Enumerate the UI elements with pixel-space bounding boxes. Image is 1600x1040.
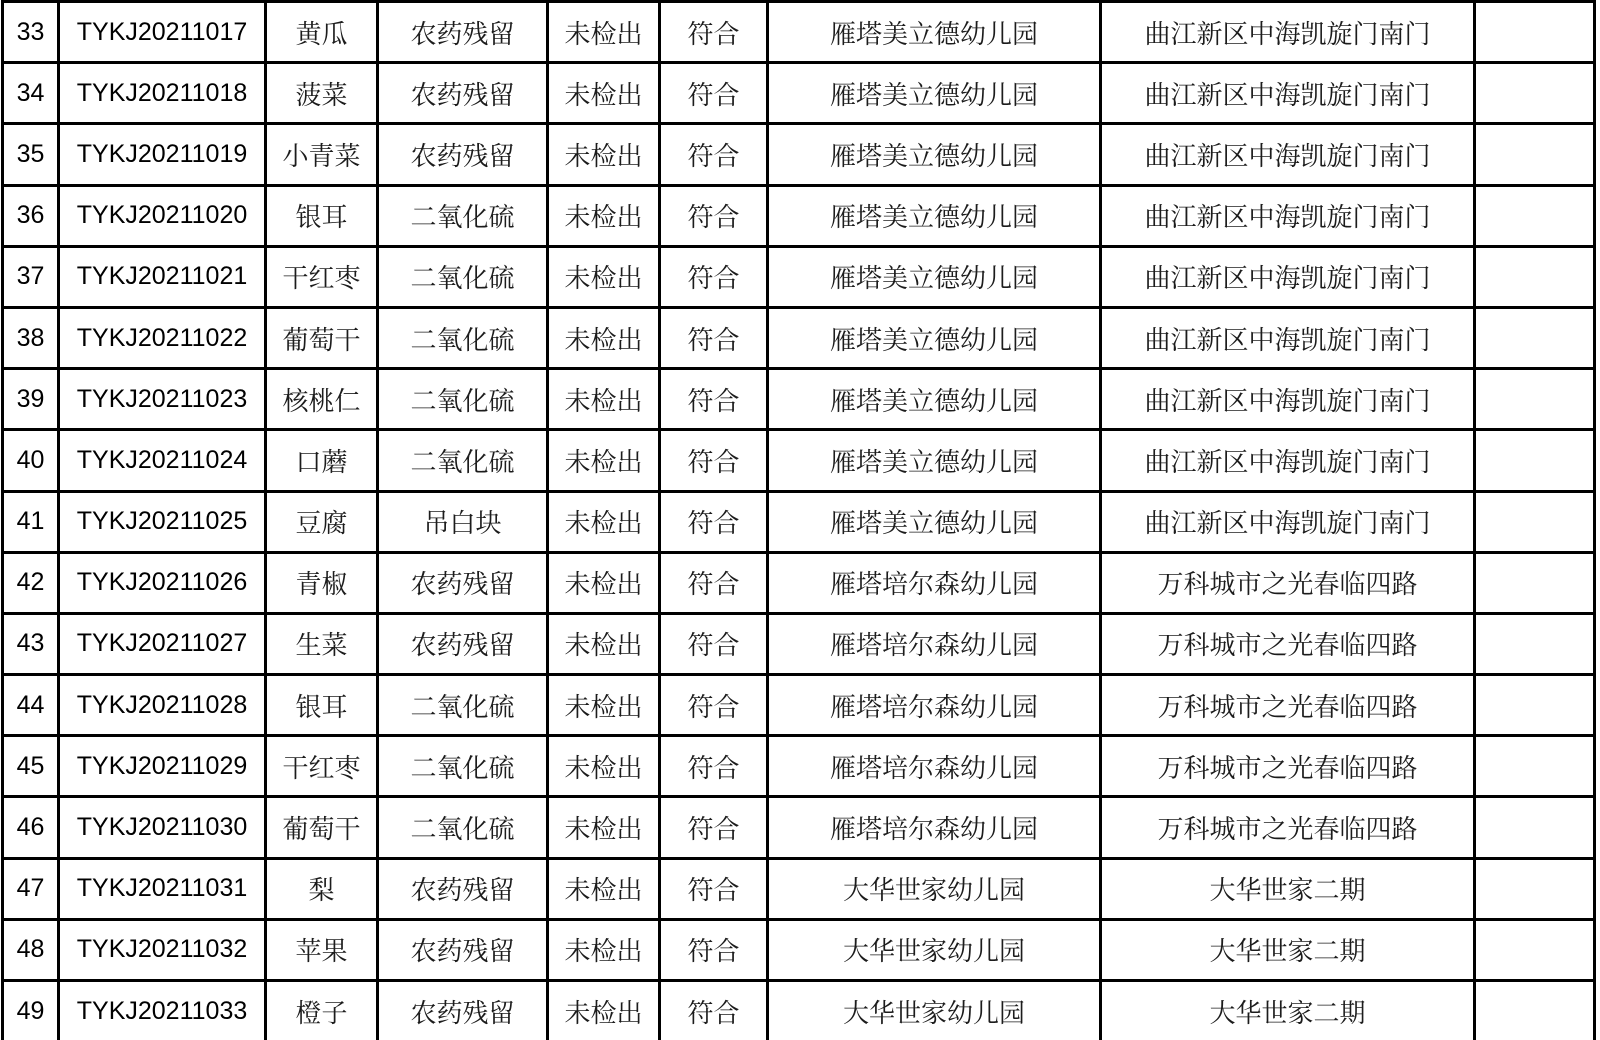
cell-test-result: 未检出 bbox=[548, 797, 660, 858]
cell-sample-name: 橙子 bbox=[266, 981, 378, 1040]
cell-serial: 47 bbox=[3, 858, 59, 919]
cell-address: 大华世家二期 bbox=[1101, 858, 1475, 919]
cell-conclusion: 符合 bbox=[660, 981, 768, 1040]
cell-sample-code: TYKJ20211022 bbox=[59, 307, 266, 368]
table-row: 41TYKJ20211025豆腐吊白块未检出符合雁塔美立德幼儿园曲江新区中海凯旋… bbox=[3, 491, 1595, 552]
cell-address: 曲江新区中海凯旋门南门 bbox=[1101, 2, 1475, 63]
cell-conclusion: 符合 bbox=[660, 675, 768, 736]
cell-remark bbox=[1475, 981, 1595, 1040]
cell-remark bbox=[1475, 919, 1595, 980]
table-row: 44TYKJ20211028银耳二氧化硫未检出符合雁塔培尔森幼儿园万科城市之光春… bbox=[3, 675, 1595, 736]
cell-test-item: 农药残留 bbox=[378, 858, 548, 919]
cell-remark bbox=[1475, 552, 1595, 613]
cell-test-result: 未检出 bbox=[548, 63, 660, 124]
cell-test-item: 二氧化硫 bbox=[378, 369, 548, 430]
cell-address: 曲江新区中海凯旋门南门 bbox=[1101, 491, 1475, 552]
cell-test-item: 农药残留 bbox=[378, 981, 548, 1040]
table-row: 34TYKJ20211018菠菜农药残留未检出符合雁塔美立德幼儿园曲江新区中海凯… bbox=[3, 63, 1595, 124]
table-row: 40TYKJ20211024口蘑二氧化硫未检出符合雁塔美立德幼儿园曲江新区中海凯… bbox=[3, 430, 1595, 491]
cell-sample-code: TYKJ20211030 bbox=[59, 797, 266, 858]
cell-sample-name: 葡萄干 bbox=[266, 307, 378, 368]
cell-test-item: 二氧化硫 bbox=[378, 675, 548, 736]
cell-serial: 42 bbox=[3, 552, 59, 613]
cell-remark bbox=[1475, 369, 1595, 430]
cell-test-item: 二氧化硫 bbox=[378, 307, 548, 368]
cell-remark bbox=[1475, 2, 1595, 63]
cell-serial: 41 bbox=[3, 491, 59, 552]
cell-test-item: 农药残留 bbox=[378, 552, 548, 613]
cell-conclusion: 符合 bbox=[660, 919, 768, 980]
cell-sample-name: 核桃仁 bbox=[266, 369, 378, 430]
cell-sample-name: 苹果 bbox=[266, 919, 378, 980]
cell-test-result: 未检出 bbox=[548, 124, 660, 185]
cell-address: 曲江新区中海凯旋门南门 bbox=[1101, 124, 1475, 185]
cell-serial: 49 bbox=[3, 981, 59, 1040]
cell-remark bbox=[1475, 675, 1595, 736]
cell-sample-code: TYKJ20211024 bbox=[59, 430, 266, 491]
cell-sampled-unit: 雁塔培尔森幼儿园 bbox=[768, 552, 1101, 613]
cell-test-item: 农药残留 bbox=[378, 2, 548, 63]
cell-serial: 45 bbox=[3, 736, 59, 797]
cell-sample-code: TYKJ20211018 bbox=[59, 63, 266, 124]
cell-remark bbox=[1475, 858, 1595, 919]
cell-address: 曲江新区中海凯旋门南门 bbox=[1101, 307, 1475, 368]
cell-test-result: 未检出 bbox=[548, 185, 660, 246]
cell-serial: 44 bbox=[3, 675, 59, 736]
cell-sampled-unit: 雁塔美立德幼儿园 bbox=[768, 124, 1101, 185]
cell-remark bbox=[1475, 63, 1595, 124]
cell-sampled-unit: 雁塔培尔森幼儿园 bbox=[768, 797, 1101, 858]
cell-test-item: 农药残留 bbox=[378, 919, 548, 980]
cell-sample-name: 梨 bbox=[266, 858, 378, 919]
table-row: 46TYKJ20211030葡萄干二氧化硫未检出符合雁塔培尔森幼儿园万科城市之光… bbox=[3, 797, 1595, 858]
cell-sampled-unit: 雁塔美立德幼儿园 bbox=[768, 2, 1101, 63]
cell-sample-code: TYKJ20211025 bbox=[59, 491, 266, 552]
cell-serial: 43 bbox=[3, 613, 59, 674]
document-page: 33TYKJ20211017黄瓜农药残留未检出符合雁塔美立德幼儿园曲江新区中海凯… bbox=[0, 0, 1600, 1040]
cell-sample-code: TYKJ20211023 bbox=[59, 369, 266, 430]
cell-conclusion: 符合 bbox=[660, 491, 768, 552]
cell-test-result: 未检出 bbox=[548, 552, 660, 613]
cell-serial: 34 bbox=[3, 63, 59, 124]
table-row: 45TYKJ20211029干红枣二氧化硫未检出符合雁塔培尔森幼儿园万科城市之光… bbox=[3, 736, 1595, 797]
cell-sample-name: 黄瓜 bbox=[266, 2, 378, 63]
cell-address: 曲江新区中海凯旋门南门 bbox=[1101, 185, 1475, 246]
cell-test-result: 未检出 bbox=[548, 613, 660, 674]
cell-sampled-unit: 雁塔美立德幼儿园 bbox=[768, 430, 1101, 491]
cell-address: 万科城市之光春临四路 bbox=[1101, 613, 1475, 674]
table-row: 35TYKJ20211019小青菜农药残留未检出符合雁塔美立德幼儿园曲江新区中海… bbox=[3, 124, 1595, 185]
cell-conclusion: 符合 bbox=[660, 736, 768, 797]
cell-sample-code: TYKJ20211033 bbox=[59, 981, 266, 1040]
cell-address: 万科城市之光春临四路 bbox=[1101, 736, 1475, 797]
cell-sampled-unit: 雁塔培尔森幼儿园 bbox=[768, 613, 1101, 674]
cell-test-result: 未检出 bbox=[548, 430, 660, 491]
cell-conclusion: 符合 bbox=[660, 797, 768, 858]
cell-conclusion: 符合 bbox=[660, 369, 768, 430]
cell-sample-code: TYKJ20211028 bbox=[59, 675, 266, 736]
cell-address: 万科城市之光春临四路 bbox=[1101, 675, 1475, 736]
cell-test-item: 二氧化硫 bbox=[378, 736, 548, 797]
cell-sample-code: TYKJ20211020 bbox=[59, 185, 266, 246]
cell-conclusion: 符合 bbox=[660, 552, 768, 613]
cell-test-item: 二氧化硫 bbox=[378, 185, 548, 246]
cell-sample-name: 干红枣 bbox=[266, 246, 378, 307]
cell-test-result: 未检出 bbox=[548, 919, 660, 980]
cell-sample-name: 银耳 bbox=[266, 185, 378, 246]
table-row: 43TYKJ20211027生菜农药残留未检出符合雁塔培尔森幼儿园万科城市之光春… bbox=[3, 613, 1595, 674]
cell-conclusion: 符合 bbox=[660, 63, 768, 124]
table-row: 47TYKJ20211031梨农药残留未检出符合大华世家幼儿园大华世家二期 bbox=[3, 858, 1595, 919]
cell-conclusion: 符合 bbox=[660, 246, 768, 307]
cell-remark bbox=[1475, 307, 1595, 368]
cell-address: 万科城市之光春临四路 bbox=[1101, 552, 1475, 613]
cell-serial: 46 bbox=[3, 797, 59, 858]
table-row: 37TYKJ20211021干红枣二氧化硫未检出符合雁塔美立德幼儿园曲江新区中海… bbox=[3, 246, 1595, 307]
cell-test-item: 二氧化硫 bbox=[378, 246, 548, 307]
cell-sample-code: TYKJ20211027 bbox=[59, 613, 266, 674]
table-row: 38TYKJ20211022葡萄干二氧化硫未检出符合雁塔美立德幼儿园曲江新区中海… bbox=[3, 307, 1595, 368]
cell-remark bbox=[1475, 736, 1595, 797]
cell-test-item: 二氧化硫 bbox=[378, 430, 548, 491]
cell-test-result: 未检出 bbox=[548, 369, 660, 430]
cell-address: 万科城市之光春临四路 bbox=[1101, 797, 1475, 858]
cell-test-result: 未检出 bbox=[548, 2, 660, 63]
cell-conclusion: 符合 bbox=[660, 2, 768, 63]
cell-sampled-unit: 雁塔培尔森幼儿园 bbox=[768, 675, 1101, 736]
cell-conclusion: 符合 bbox=[660, 430, 768, 491]
cell-sample-name: 银耳 bbox=[266, 675, 378, 736]
cell-test-item: 农药残留 bbox=[378, 613, 548, 674]
cell-sample-name: 干红枣 bbox=[266, 736, 378, 797]
cell-address: 曲江新区中海凯旋门南门 bbox=[1101, 63, 1475, 124]
cell-test-result: 未检出 bbox=[548, 858, 660, 919]
cell-test-item: 吊白块 bbox=[378, 491, 548, 552]
cell-serial: 40 bbox=[3, 430, 59, 491]
cell-serial: 37 bbox=[3, 246, 59, 307]
table-row: 49TYKJ20211033橙子农药残留未检出符合大华世家幼儿园大华世家二期 bbox=[3, 981, 1595, 1040]
cell-sample-name: 菠菜 bbox=[266, 63, 378, 124]
cell-sample-code: TYKJ20211017 bbox=[59, 2, 266, 63]
cell-sampled-unit: 雁塔美立德幼儿园 bbox=[768, 491, 1101, 552]
table-row: 33TYKJ20211017黄瓜农药残留未检出符合雁塔美立德幼儿园曲江新区中海凯… bbox=[3, 2, 1595, 63]
cell-address: 曲江新区中海凯旋门南门 bbox=[1101, 369, 1475, 430]
cell-address: 曲江新区中海凯旋门南门 bbox=[1101, 430, 1475, 491]
cell-test-item: 二氧化硫 bbox=[378, 797, 548, 858]
cell-sampled-unit: 大华世家幼儿园 bbox=[768, 858, 1101, 919]
cell-sampled-unit: 雁塔美立德幼儿园 bbox=[768, 63, 1101, 124]
cell-address: 曲江新区中海凯旋门南门 bbox=[1101, 246, 1475, 307]
cell-sample-name: 青椒 bbox=[266, 552, 378, 613]
cell-test-result: 未检出 bbox=[548, 307, 660, 368]
cell-address: 大华世家二期 bbox=[1101, 919, 1475, 980]
cell-sampled-unit: 雁塔美立德幼儿园 bbox=[768, 185, 1101, 246]
cell-serial: 38 bbox=[3, 307, 59, 368]
cell-sample-code: TYKJ20211021 bbox=[59, 246, 266, 307]
cell-sample-code: TYKJ20211031 bbox=[59, 858, 266, 919]
cell-conclusion: 符合 bbox=[660, 858, 768, 919]
table-row: 39TYKJ20211023核桃仁二氧化硫未检出符合雁塔美立德幼儿园曲江新区中海… bbox=[3, 369, 1595, 430]
cell-sample-name: 葡萄干 bbox=[266, 797, 378, 858]
cell-sample-code: TYKJ20211029 bbox=[59, 736, 266, 797]
cell-sampled-unit: 雁塔美立德幼儿园 bbox=[768, 307, 1101, 368]
cell-conclusion: 符合 bbox=[660, 124, 768, 185]
cell-serial: 36 bbox=[3, 185, 59, 246]
cell-conclusion: 符合 bbox=[660, 185, 768, 246]
cell-address: 大华世家二期 bbox=[1101, 981, 1475, 1040]
cell-test-result: 未检出 bbox=[548, 491, 660, 552]
cell-test-item: 农药残留 bbox=[378, 124, 548, 185]
table-row: 48TYKJ20211032苹果农药残留未检出符合大华世家幼儿园大华世家二期 bbox=[3, 919, 1595, 980]
table-row: 36TYKJ20211020银耳二氧化硫未检出符合雁塔美立德幼儿园曲江新区中海凯… bbox=[3, 185, 1595, 246]
cell-serial: 39 bbox=[3, 369, 59, 430]
cell-sampled-unit: 大华世家幼儿园 bbox=[768, 981, 1101, 1040]
cell-sample-code: TYKJ20211032 bbox=[59, 919, 266, 980]
cell-test-result: 未检出 bbox=[548, 981, 660, 1040]
cell-remark bbox=[1475, 246, 1595, 307]
cell-remark bbox=[1475, 185, 1595, 246]
cell-serial: 48 bbox=[3, 919, 59, 980]
cell-sample-name: 口蘑 bbox=[266, 430, 378, 491]
cell-remark bbox=[1475, 430, 1595, 491]
cell-test-result: 未检出 bbox=[548, 246, 660, 307]
cell-test-result: 未检出 bbox=[548, 675, 660, 736]
cell-sample-code: TYKJ20211019 bbox=[59, 124, 266, 185]
cell-remark bbox=[1475, 124, 1595, 185]
cell-sampled-unit: 雁塔美立德幼儿园 bbox=[768, 246, 1101, 307]
cell-remark bbox=[1475, 491, 1595, 552]
cell-conclusion: 符合 bbox=[660, 307, 768, 368]
cell-sampled-unit: 大华世家幼儿园 bbox=[768, 919, 1101, 980]
cell-remark bbox=[1475, 797, 1595, 858]
cell-serial: 35 bbox=[3, 124, 59, 185]
cell-remark bbox=[1475, 613, 1595, 674]
cell-test-item: 农药残留 bbox=[378, 63, 548, 124]
cell-serial: 33 bbox=[3, 2, 59, 63]
inspection-table: 33TYKJ20211017黄瓜农药残留未检出符合雁塔美立德幼儿园曲江新区中海凯… bbox=[1, 0, 1596, 1040]
cell-sample-name: 豆腐 bbox=[266, 491, 378, 552]
cell-sample-code: TYKJ20211026 bbox=[59, 552, 266, 613]
cell-conclusion: 符合 bbox=[660, 613, 768, 674]
cell-sample-name: 生菜 bbox=[266, 613, 378, 674]
cell-test-result: 未检出 bbox=[548, 736, 660, 797]
cell-sampled-unit: 雁塔培尔森幼儿园 bbox=[768, 736, 1101, 797]
cell-sampled-unit: 雁塔美立德幼儿园 bbox=[768, 369, 1101, 430]
table-row: 42TYKJ20211026青椒农药残留未检出符合雁塔培尔森幼儿园万科城市之光春… bbox=[3, 552, 1595, 613]
cell-sample-name: 小青菜 bbox=[266, 124, 378, 185]
table-body: 33TYKJ20211017黄瓜农药残留未检出符合雁塔美立德幼儿园曲江新区中海凯… bbox=[3, 2, 1595, 1040]
